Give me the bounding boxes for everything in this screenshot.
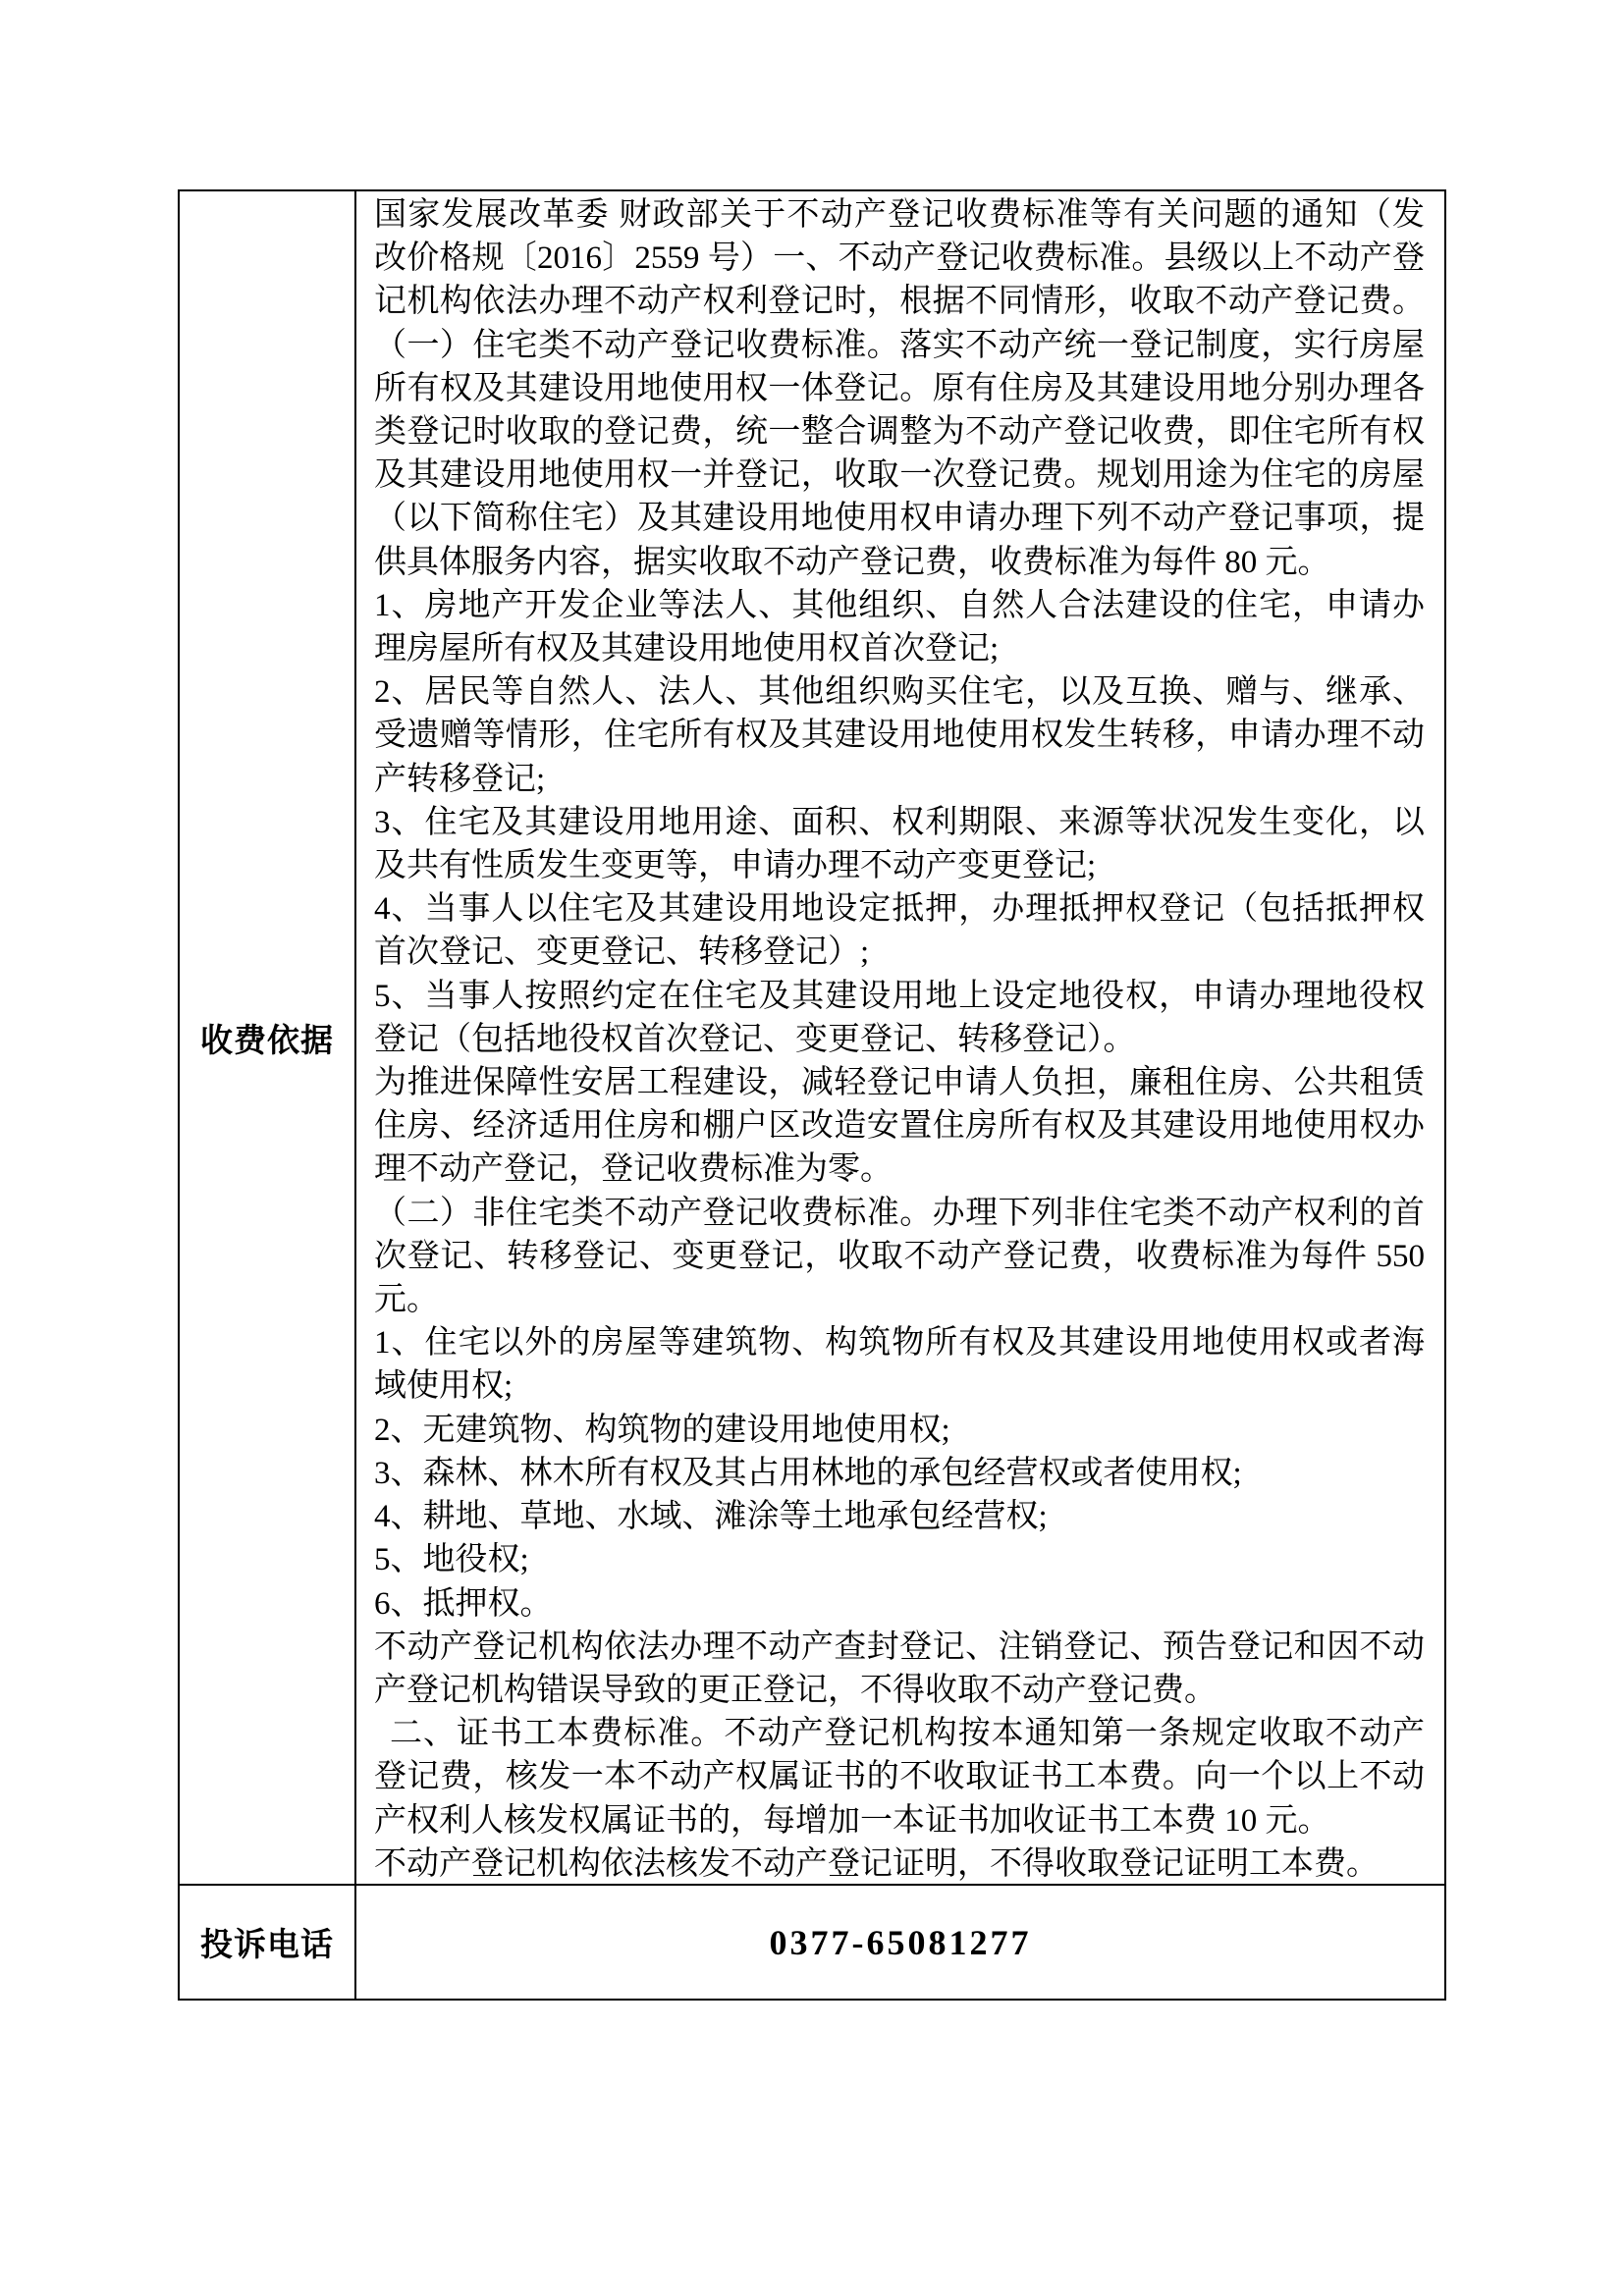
text-line: 国家发展改革委 财政部关于不动产登记收费标准等有关问题的通知（发 — [374, 193, 1425, 237]
text-line: （一）住宅类不动产登记收费标准。落实不动产统一登记制度，实行房屋 — [374, 324, 1425, 367]
text-line: 元。 — [374, 1278, 1425, 1321]
text-line: 类登记时收取的登记费，统一整合调整为不动产登记收费，即住宅所有权 — [374, 410, 1425, 454]
text-line: 及共有性质发生变更等，申请办理不动产变更登记; — [374, 844, 1425, 887]
text-line: 次登记、转移登记、变更登记，收取不动产登记费，收费标准为每件 550 — [374, 1235, 1425, 1278]
text-line: 及其建设用地使用权一并登记，收取一次登记费。规划用途为住宅的房屋 — [374, 454, 1425, 497]
text-line: 4、当事人以住宅及其建设用地设定抵押，办理抵押权登记（包括抵押权 — [374, 887, 1425, 931]
text-line: 1、住宅以外的房屋等建筑物、构筑物所有权及其建设用地使用权或者海 — [374, 1321, 1425, 1364]
text-line: 受遗赠等情形，住宅所有权及其建设用地使用权发生转移，申请办理不动 — [374, 714, 1425, 757]
fee-basis-content-cell: 国家发展改革委 财政部关于不动产登记收费标准等有关问题的通知（发 改价格规〔20… — [356, 191, 1444, 1884]
text-line: 域使用权; — [374, 1364, 1425, 1408]
text-line: 3、住宅及其建设用地用途、面积、权利期限、来源等状况发生变化，以 — [374, 801, 1425, 844]
text-line: 4、耕地、草地、水域、滩涂等土地承包经营权; — [374, 1495, 1425, 1538]
complaint-phone-label-cell: 投诉电话 — [180, 1886, 356, 1999]
complaint-phone-number: 0377-65081277 — [770, 1922, 1032, 1963]
text-line: 5、地役权; — [374, 1538, 1425, 1581]
complaint-phone-row: 投诉电话 0377-65081277 — [180, 1886, 1444, 1999]
text-line: 不动产登记机构依法办理不动产查封登记、注销登记、预告登记和因不动 — [374, 1626, 1425, 1669]
text-line: 6、抵押权。 — [374, 1582, 1425, 1626]
text-line: 1、房地产开发企业等法人、其他组织、自然人合法建设的住宅，申请办 — [374, 584, 1425, 627]
text-line: 2、居民等自然人、法人、其他组织购买住宅，以及互换、赠与、继承、 — [374, 670, 1425, 714]
fee-basis-label: 收费依据 — [200, 1015, 334, 1061]
text-line: 所有权及其建设用地使用权一体登记。原有住房及其建设用地分别办理各 — [374, 367, 1425, 410]
text-line: 二、证书工本费标准。不动产登记机构按本通知第一条规定收取不动产 — [374, 1712, 1425, 1755]
fee-basis-label-cell: 收费依据 — [180, 191, 356, 1884]
text-line: 改价格规〔2016〕2559 号）一、不动产登记收费标准。县级以上不动产登 — [374, 237, 1425, 280]
text-line: 产登记机构错误导致的更正登记，不得收取不动产登记费。 — [374, 1669, 1425, 1712]
complaint-phone-label: 投诉电话 — [200, 1919, 334, 1965]
text-line: 首次登记、变更登记、转移登记）; — [374, 931, 1425, 974]
text-line: （二）非住宅类不动产登记收费标准。办理下列非住宅类不动产权利的首 — [374, 1192, 1425, 1235]
text-line: 3、森林、林木所有权及其占用林地的承包经营权或者使用权; — [374, 1452, 1425, 1495]
text-line: 不动产登记机构依法核发不动产登记证明，不得收取登记证明工本费。 — [374, 1842, 1425, 1884]
text-line: 产权利人核发权属证书的，每增加一本证书加收证书工本费 10 元。 — [374, 1799, 1425, 1842]
text-line: 登记（包括地役权首次登记、变更登记、转移登记）。 — [374, 1018, 1425, 1061]
text-line: 2、无建筑物、构筑物的建设用地使用权; — [374, 1409, 1425, 1452]
fee-table: 收费依据 国家发展改革委 财政部关于不动产登记收费标准等有关问题的通知（发 改价… — [178, 189, 1446, 2001]
text-line: 为推进保障性安居工程建设，减轻登记申请人负担，廉租住房、公共租赁 — [374, 1061, 1425, 1104]
document-page: 收费依据 国家发展改革委 财政部关于不动产登记收费标准等有关问题的通知（发 改价… — [0, 0, 1624, 2296]
text-line: 5、当事人按照约定在住宅及其建设用地上设定地役权，申请办理地役权 — [374, 975, 1425, 1018]
text-line: 住房、经济适用住房和棚户区改造安置住房所有权及其建设用地使用权办 — [374, 1104, 1425, 1148]
text-line: 理房屋所有权及其建设用地使用权首次登记; — [374, 627, 1425, 670]
text-line: 理不动产登记，登记收费标准为零。 — [374, 1148, 1425, 1191]
text-line: 供具体服务内容，据实收取不动产登记费，收费标准为每件 80 元。 — [374, 541, 1425, 584]
fee-basis-row: 收费依据 国家发展改革委 财政部关于不动产登记收费标准等有关问题的通知（发 改价… — [180, 191, 1444, 1886]
text-line: 登记费，核发一本不动产权属证书的不收取证书工本费。向一个以上不动 — [374, 1755, 1425, 1798]
text-line: 产转移登记; — [374, 758, 1425, 801]
text-line: 记机构依法办理不动产权利登记时，根据不同情形，收取不动产登记费。 — [374, 280, 1425, 323]
complaint-phone-content-cell: 0377-65081277 — [356, 1886, 1444, 1999]
text-line: （以下简称住宅）及其建设用地使用权申请办理下列不动产登记事项，提 — [374, 497, 1425, 540]
